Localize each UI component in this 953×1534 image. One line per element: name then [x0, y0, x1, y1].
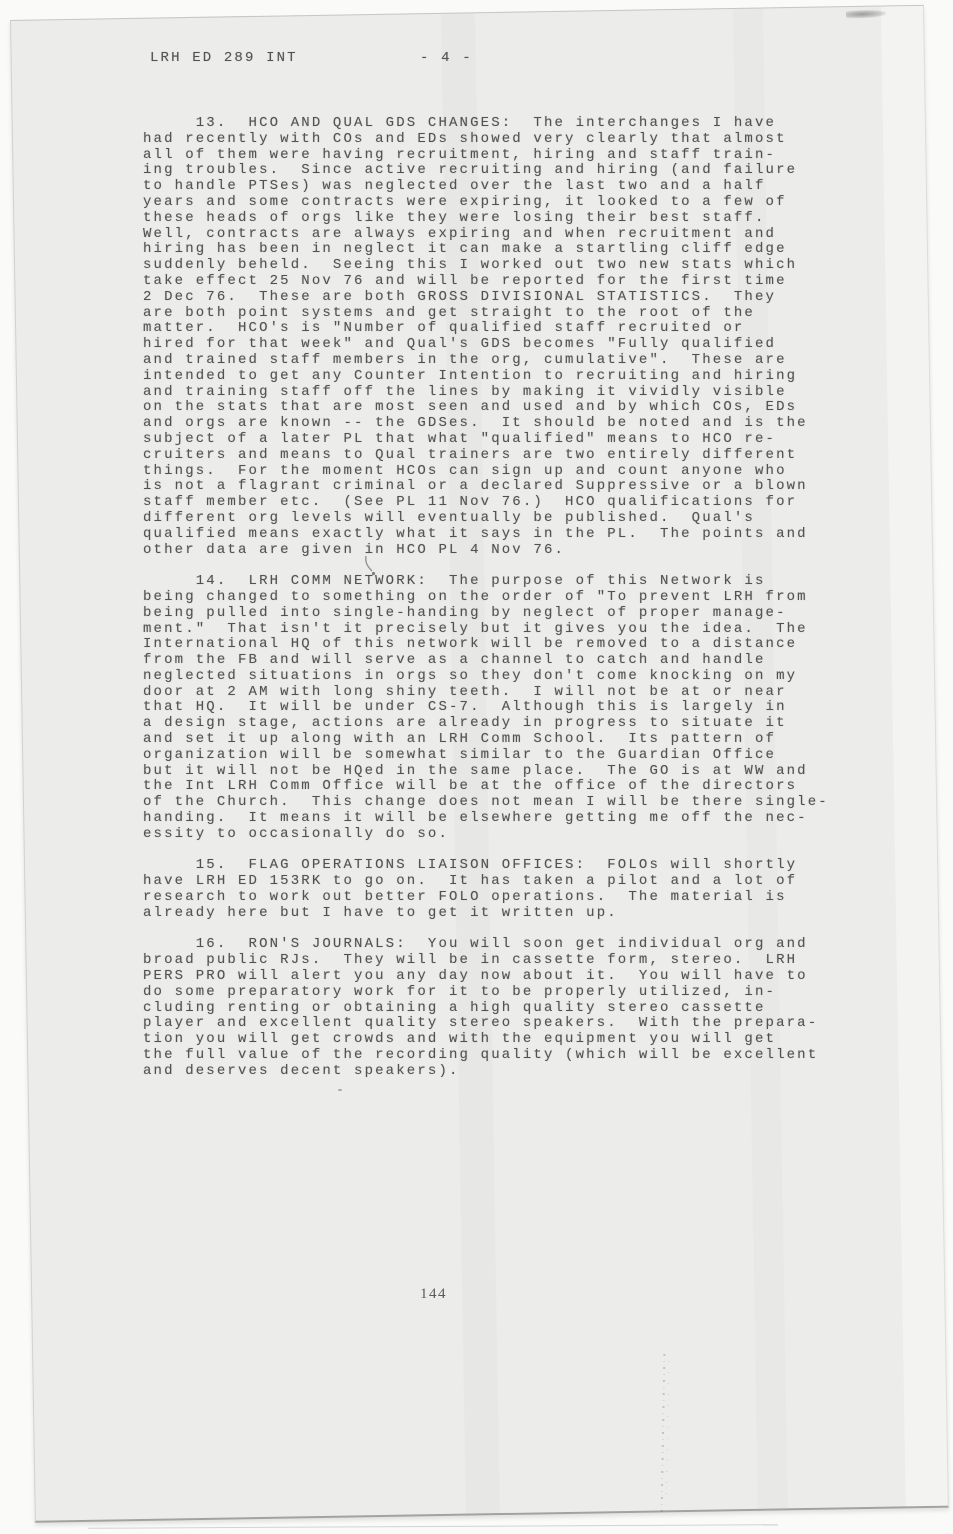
text-line: is not a flagrant criminal or a declared… [143, 479, 823, 495]
text-line: and orgs are known -- the GDSes. It shou… [143, 416, 823, 432]
text-line: do some preparatory work for it to be pr… [143, 985, 823, 1001]
text-line: player and excellent quality stereo spea… [143, 1016, 823, 1032]
document-content: LRH ED 289 INT - 4 - 13. HCO AND QUAL GD… [0, 0, 953, 1534]
text-line: 13. HCO AND QUAL GDS CHANGES: The interc… [143, 116, 823, 132]
text-line: and deserves decent speakers). [143, 1064, 823, 1080]
text-line: International HQ of this network will be… [143, 637, 823, 653]
text-line: broad public RJs. They will be in casset… [143, 953, 823, 969]
text-line: a design stage, actions are already in p… [143, 716, 823, 732]
text-line: ment." That isn't it precisely but it gi… [143, 622, 823, 638]
text-line: from the FB and will serve as a channel … [143, 653, 823, 669]
text-line: the Int LRH Comm Office will be at the o… [143, 779, 823, 795]
text-line: being changed to something on the order … [143, 590, 823, 606]
text-line: 15. FLAG OPERATIONS LIAISON OFFICES: FOL… [143, 858, 823, 874]
text-line: these heads of orgs like they were losin… [143, 211, 823, 227]
text-line: years and some contracts were expiring, … [143, 195, 823, 211]
text-line: of the Church. This change does not mean… [143, 795, 823, 811]
text-line: to handle PTSes) was neglected over the … [143, 179, 823, 195]
text-line: suddenly beheld. Seeing this I worked ou… [143, 258, 823, 274]
text-line: staff member etc. (See PL 11 Nov 76.) HC… [143, 495, 823, 511]
text-line: the full value of the recording quality … [143, 1048, 823, 1064]
text-line: PERS PRO will alert you any day now abou… [143, 969, 823, 985]
text-line: different org levels will eventually be … [143, 511, 823, 527]
text-line: being pulled into single-handing by negl… [143, 606, 823, 622]
text-line: 16. RON'S JOURNALS: You will soon get in… [143, 937, 823, 953]
document-body: 13. HCO AND QUAL GDS CHANGES: The interc… [143, 116, 823, 1080]
page-marker: - 4 - [420, 51, 473, 67]
scan-speck-trail [654, 1354, 679, 1512]
text-line: take effect 25 Nov 76 and will be report… [143, 274, 823, 290]
paragraph-14: 14. LRH COMM NETWORK: The purpose of thi… [143, 574, 823, 843]
dot-artifact [338, 1089, 342, 1091]
text-line: tion you will get crowds and with the eq… [143, 1032, 823, 1048]
text-line: hiring has been in neglect it can make a… [143, 242, 823, 258]
text-line: organization will be somewhat similar to… [143, 748, 823, 764]
text-line: that HQ. It will be under CS-7. Although… [143, 700, 823, 716]
text-line: qualified means exactly what it says in … [143, 527, 823, 543]
text-line: Well, contracts are always expiring and … [143, 227, 823, 243]
paragraph-16: 16. RON'S JOURNALS: You will soon get in… [143, 937, 823, 1079]
text-line: and set it up along with an LRH Comm Sch… [143, 732, 823, 748]
text-line: matter. HCO's is "Number of qualified st… [143, 321, 823, 337]
text-line: and trained staff members in the org, cu… [143, 353, 823, 369]
text-line: had recently with COs and EDs showed ver… [143, 132, 823, 148]
text-line: 14. LRH COMM NETWORK: The purpose of thi… [143, 574, 823, 590]
paragraph-13: 13. HCO AND QUAL GDS CHANGES: The interc… [143, 116, 823, 558]
text-line: already here but I have to get it writte… [143, 906, 823, 922]
document-id: LRH ED 289 INT [150, 51, 298, 67]
text-line: 2 Dec 76. These are both GROSS DIVISIONA… [143, 290, 823, 306]
text-line: intended to get any Counter Intention to… [143, 369, 823, 385]
text-line: have LRH ED 153RK to go on. It has taken… [143, 874, 823, 890]
text-line: other data are given in HCO PL 4 Nov 76. [143, 543, 823, 559]
text-line: subject of a later PL that what "qualifi… [143, 432, 823, 448]
ink-smudge-artifact [361, 553, 383, 581]
text-line: hired for that week" and Qual's GDS beco… [143, 337, 823, 353]
text-line: cruiters and means to Qual trainers are … [143, 448, 823, 464]
text-line: things. For the moment HCOs can sign up … [143, 464, 823, 480]
text-line: and training staff off the lines by maki… [143, 385, 823, 401]
text-line: on the stats that are most seen and used… [143, 400, 823, 416]
text-line: handing. It means it will be elsewhere g… [143, 811, 823, 827]
text-line: research to work out better FOLO operati… [143, 890, 823, 906]
text-line: are both point systems and get straight … [143, 306, 823, 322]
page-footer-number: 144 [420, 1286, 447, 1303]
text-line: ing troubles. Since active recruiting an… [143, 163, 823, 179]
text-line: essity to occasionally do so. [143, 827, 823, 843]
text-line: neglected situations in orgs so they don… [143, 669, 823, 685]
paragraph-15: 15. FLAG OPERATIONS LIAISON OFFICES: FOL… [143, 858, 823, 921]
scanned-document-page: LRH ED 289 INT - 4 - 13. HCO AND QUAL GD… [0, 0, 953, 1534]
